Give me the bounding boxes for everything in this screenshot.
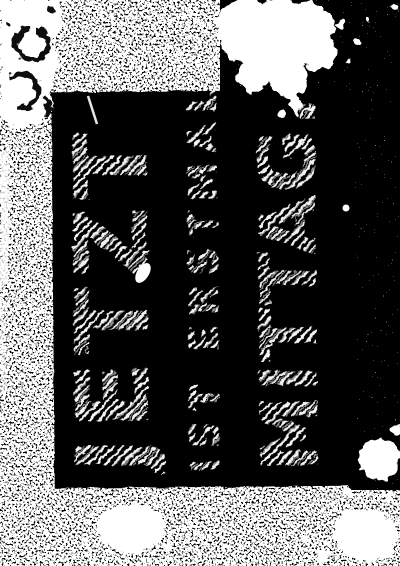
black-panel: JETZT IST ERSTMAL MITTAG. bbox=[51, 90, 357, 489]
chalk-line-ist-erstmal: IST ERSTMAL bbox=[183, 78, 226, 473]
chalk-line-mittag: MITTAG. bbox=[249, 95, 330, 472]
photocopy-page: JETZT IST ERSTMAL MITTAG. bbox=[0, 0, 400, 566]
light-streak-left-edge bbox=[0, 150, 9, 285]
chalk-line-jetzt: JETZT bbox=[62, 124, 165, 474]
light-streak-left-edge-2 bbox=[0, 300, 6, 395]
chalk-text-block: JETZT IST ERSTMAL MITTAG. bbox=[51, 90, 357, 489]
